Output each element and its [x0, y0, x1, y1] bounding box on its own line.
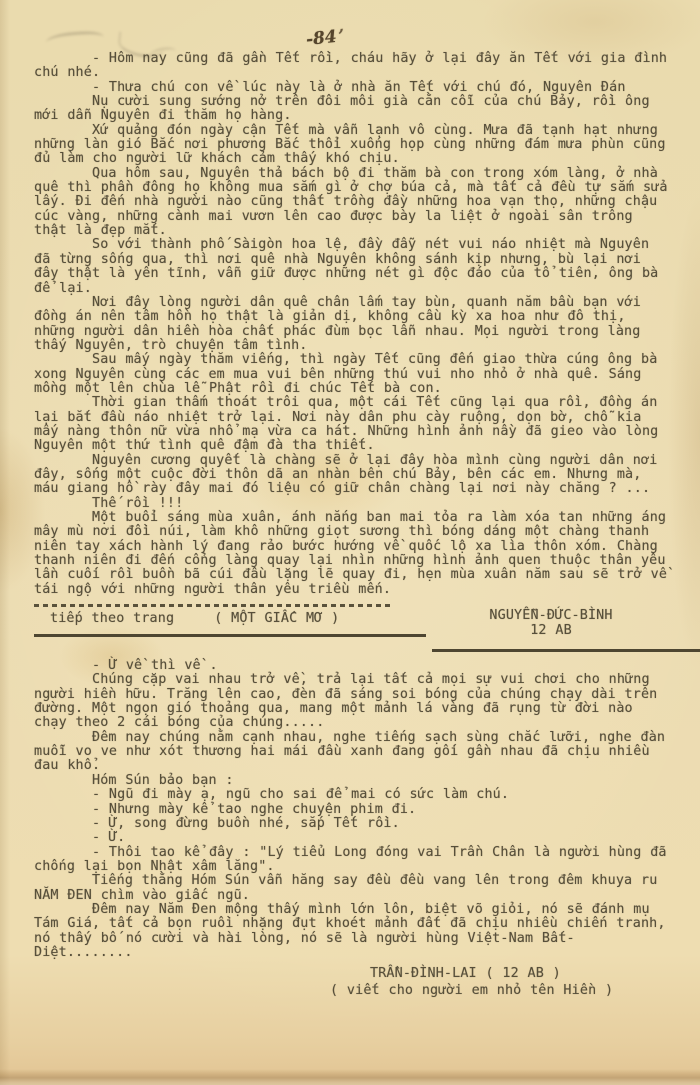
story-paragraph: Nguyên cương quyết là chàng sẽ ở lại đây…	[34, 454, 670, 497]
dashed-divider	[34, 604, 394, 607]
dialogue-line: - Ừ, song đừng buồn nhé, sắp Tết rồi.	[34, 817, 670, 831]
dialogue-line: - Ừ.	[34, 831, 670, 845]
left-rule	[34, 634, 426, 637]
page-left-shadow	[0, 0, 10, 1085]
signature-note: ( viết cho người em nhỏ tên Hiền )	[330, 982, 670, 999]
story-paragraph: Đêm nay chúng nằm cạnh nhau, nghe tiếng …	[34, 731, 670, 774]
signature: TRẦN-ĐÌNH-LAI ( 12 AB )	[330, 965, 670, 982]
pencil-smudge	[45, 30, 104, 51]
story-paragraph: Nơi đây lòng người dân quê chân lấm tay …	[34, 296, 670, 353]
signature-block: TRẦN-ĐÌNH-LAI ( 12 AB ) ( viết cho người…	[330, 965, 670, 999]
continuation-note: tiếp theo trang( MỘT GIẤC MƠ )	[50, 612, 339, 626]
story-paragraph: Đêm nay Năm Đen mộng thấy mình lớn lôn, …	[34, 903, 670, 960]
story-paragraph: Xứ quảng đón ngày cận Tết mà vẫn lạnh vô…	[34, 124, 670, 167]
continuation-note-block: tiếp theo trang( MỘT GIẤC MƠ ) NGUYỄN-ĐỨ…	[34, 603, 670, 659]
story-title: ( MỘT GIẤC MƠ )	[214, 611, 339, 626]
story-paragraph: Nụ cười sung sướng nở trên đôi môi già c…	[34, 95, 670, 124]
story-paragraph: - Thưa chú con về lúc này là ở nhà ăn Tế…	[34, 81, 670, 95]
story-paragraph: Qua hôm sau, Nguyên thả bách bộ đi thăm …	[34, 167, 670, 239]
story-paragraph: So với thành phố Sàigòn hoa lệ, đầy đẫy …	[34, 238, 670, 295]
scanned-typewritten-page: -84 - Hôm nay cũng đã gần Tết rồi, cháu …	[0, 0, 700, 1085]
dialogue-line: - Ngũ đi mày ạ, ngũ cho sai để mai có sứ…	[34, 788, 670, 802]
continuation-prefix: tiếp theo trang	[50, 611, 174, 626]
author-name: NGUYỄN-ĐỨC-BÌNH	[432, 608, 670, 623]
page-bottom-edge	[0, 1069, 700, 1085]
story-paragraph: Thế rồi !!!	[34, 497, 670, 511]
story-paragraph: Một buổi sáng mùa xuân, ánh nắng ban mai…	[34, 511, 670, 597]
text-column: - Hôm nay cũng đã gần Tết rồi, cháu hãy …	[34, 52, 670, 999]
story-paragraph: Hóm Sún bảo bạn :	[34, 774, 670, 788]
author-class: 12 AB	[432, 623, 670, 638]
dialogue-line: - Nhưng mày kể tao nghe chuyện phim đi.	[34, 803, 670, 817]
story-two: - Ừ về thì về . Chúng cặp vai nhau trở v…	[34, 659, 670, 960]
handwritten-page-number: -84	[305, 26, 346, 50]
author-block: NGUYỄN-ĐỨC-BÌNH 12 AB	[432, 608, 670, 638]
dialogue-line: - Thôi tao kể đây : "Lý tiểu Long đóng v…	[34, 846, 670, 875]
story-paragraph: Thời gian thấm thoát trôi qua, một cái T…	[34, 396, 670, 453]
story-one: - Hôm nay cũng đã gần Tết rồi, cháu hãy …	[34, 52, 670, 597]
story-paragraph: Chúng cặp vai nhau trở về, trả lại tất c…	[34, 673, 670, 730]
right-rule	[432, 649, 700, 652]
story-paragraph: Tiếng thằng Hóm Sún vẫn hăng say đều đều…	[34, 874, 670, 903]
story-paragraph: - Hôm nay cũng đã gần Tết rồi, cháu hãy …	[34, 52, 670, 81]
story-paragraph: Sau mấy ngày thăm viếng, thì ngày Tết cũ…	[34, 353, 670, 396]
